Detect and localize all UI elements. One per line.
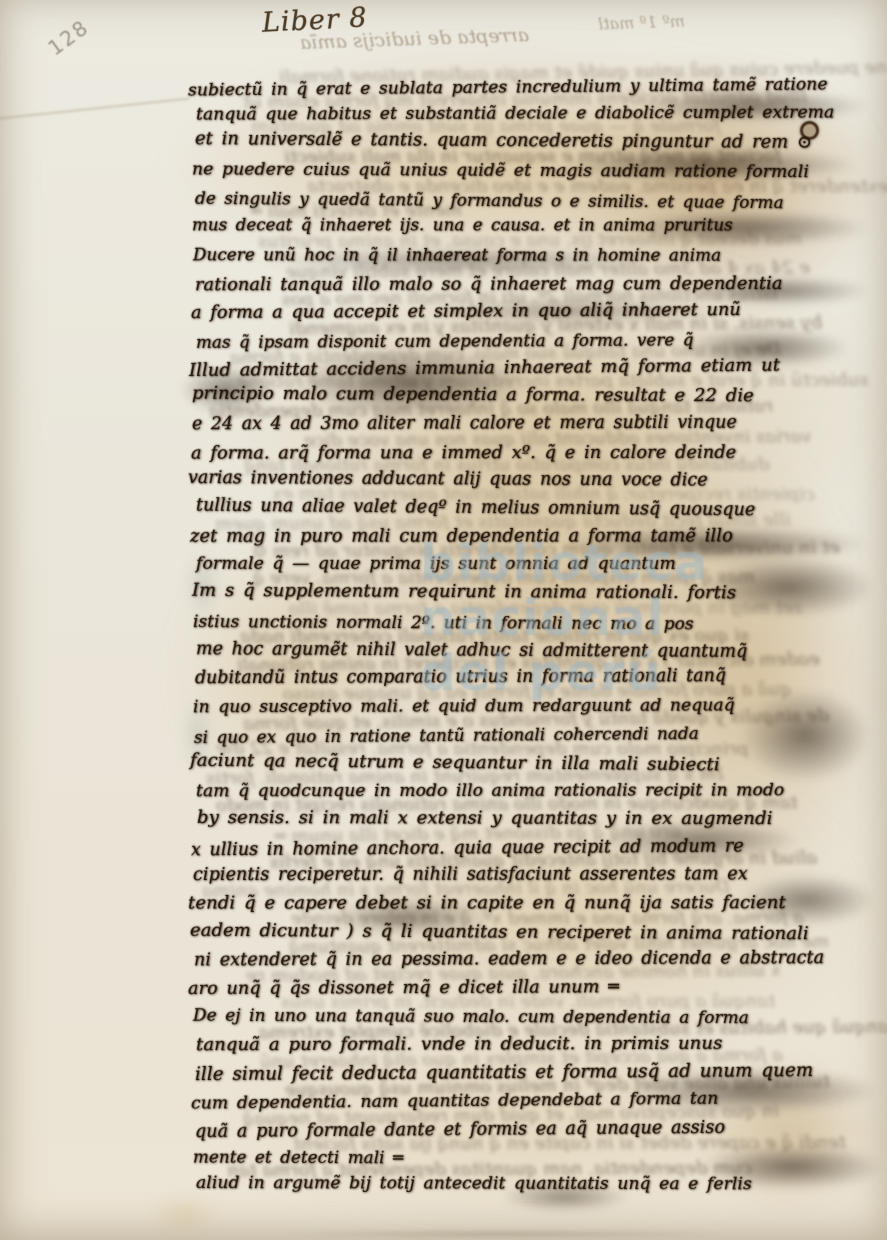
library-watermark: biblioteca nacional del perú bbox=[420, 536, 709, 701]
next-page-bleedthrough bbox=[285, 1230, 725, 1238]
manuscript-line: cum dependentia. nam quantitas dependeba… bbox=[196, 1169, 872, 1199]
manuscript-page: 128 Liber 8 arrepta de iudicijs amĩa mº … bbox=[0, 0, 887, 1240]
paper-stain bbox=[150, 1198, 220, 1232]
manuscript-line-text: aliud in argumẽ bij totij antecedit quan… bbox=[196, 1173, 752, 1194]
watermark-line: nacional bbox=[420, 591, 709, 646]
pencil-folio-number: 128 bbox=[44, 0, 115, 60]
watermark-line: biblioteca bbox=[420, 536, 709, 591]
paper-crease bbox=[0, 98, 190, 121]
watermark-line: del perú bbox=[420, 646, 709, 701]
bleedthrough-header-text-right: mº 1ª matl bbox=[598, 10, 686, 35]
